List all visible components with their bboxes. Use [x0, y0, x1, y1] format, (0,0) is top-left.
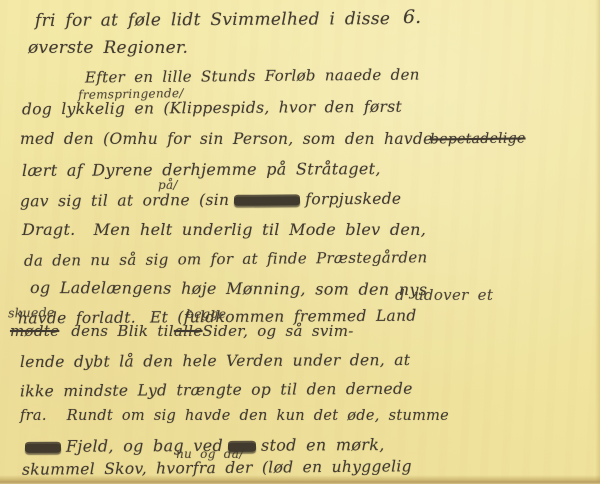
hand-text: skuede — [8, 305, 55, 321]
hand-text: med den (Omhu for sin Person, som den ha… — [20, 130, 433, 148]
scribbled-out-word — [234, 196, 300, 205]
line-09: da den nu så sig om for at finde Præsteg… — [24, 248, 428, 270]
hand-text: Rundt om sig havde den kun det øde, stum… — [67, 408, 449, 424]
paper-right-edge — [595, 0, 600, 484]
line-04: dog lykkelig en (Klippespids, hvor den f… — [22, 98, 402, 119]
hand-text: dog lykkelig en (Klippespids, hvor den f… — [22, 98, 402, 119]
line-15: fra.Rundt om sig havde den kun det øde, … — [20, 408, 449, 424]
line-08: Dragt.Men helt underlig til Mode blev de… — [22, 220, 426, 239]
line-14: ikke mindste Lyd trængte op til den dern… — [20, 380, 413, 401]
hand-text: lende dybt lå den hele Verden under den,… — [20, 351, 410, 371]
hand-text: gav sig til at ordne (sin — [20, 191, 229, 210]
line-13: lende dybt lå den hele Verden under den,… — [20, 351, 410, 371]
hand-text: ikke mindste Lyd trængte op til den dern… — [20, 380, 413, 401]
margin-insertion-udover: d udover et — [395, 286, 493, 304]
hand-text: Sider, og så svim- — [203, 322, 354, 340]
line-02: øverste Regioner. — [28, 38, 188, 58]
hand-text: Dragt. — [22, 220, 76, 239]
insertion-paa: på/ — [158, 178, 178, 192]
line-10: og Ladelængens høje Mønning, som den nys — [30, 278, 427, 299]
line-03: Efter en lille Stunds Forløb naaede den — [85, 66, 420, 87]
margin-struck-word: bepetadelige — [430, 131, 526, 148]
hand-text: lært af Dyrene derhjemme på Stråtaget, — [22, 159, 381, 180]
line-06: lært af Dyrene derhjemme på Stråtaget, — [22, 159, 381, 180]
scribbled-out-word — [25, 444, 61, 453]
hand-text: stod en mørk, — [261, 435, 385, 455]
insertion-skuede: skuede — [8, 305, 55, 321]
manuscript-page: fri for at føle lidt Svimmelhed i disseø… — [0, 0, 600, 484]
struck-word: mødte — [10, 322, 59, 340]
hand-text: skummel Skov, hvorfra der (lød en uhygge… — [22, 457, 412, 478]
hand-text: d udover et — [395, 286, 493, 304]
line-17: skummel Skov, hvorfra der (lød en uhygge… — [22, 457, 412, 478]
struck-word: bepetadelige — [430, 131, 526, 148]
hand-text: Efter en lille Stunds Forløb naaede den — [85, 66, 420, 87]
page-number: 6. — [403, 6, 421, 28]
hand-text: begge — [186, 306, 226, 321]
hand-text: fri for at føle lidt Svimmelhed i disse — [35, 9, 390, 31]
line-12: mødtedens Blik tilalleSider, og så svim- — [10, 322, 354, 340]
hand-text: da den nu så sig om for at finde Præsteg… — [24, 248, 428, 270]
hand-text: dens Blik til — [71, 322, 174, 340]
line-05: med den (Omhu for sin Person, som den ha… — [20, 130, 433, 148]
hand-text: på/ — [158, 178, 178, 192]
hand-text: forpjuskede — [305, 190, 401, 209]
hand-text: fra. — [20, 408, 47, 424]
line-01: fri for at føle lidt Svimmelhed i disse — [35, 9, 390, 31]
hand-text: og Ladelængens høje Mønning, som den nys — [30, 278, 427, 299]
struck-word: alle — [174, 322, 203, 340]
insertion-begge: begge — [186, 306, 226, 321]
hand-text: Men helt underlig til Mode blev den, — [94, 220, 427, 239]
hand-text: øverste Regioner. — [28, 38, 188, 58]
line-07: gav sig til at ordne (sinforpjuskede — [20, 190, 401, 211]
